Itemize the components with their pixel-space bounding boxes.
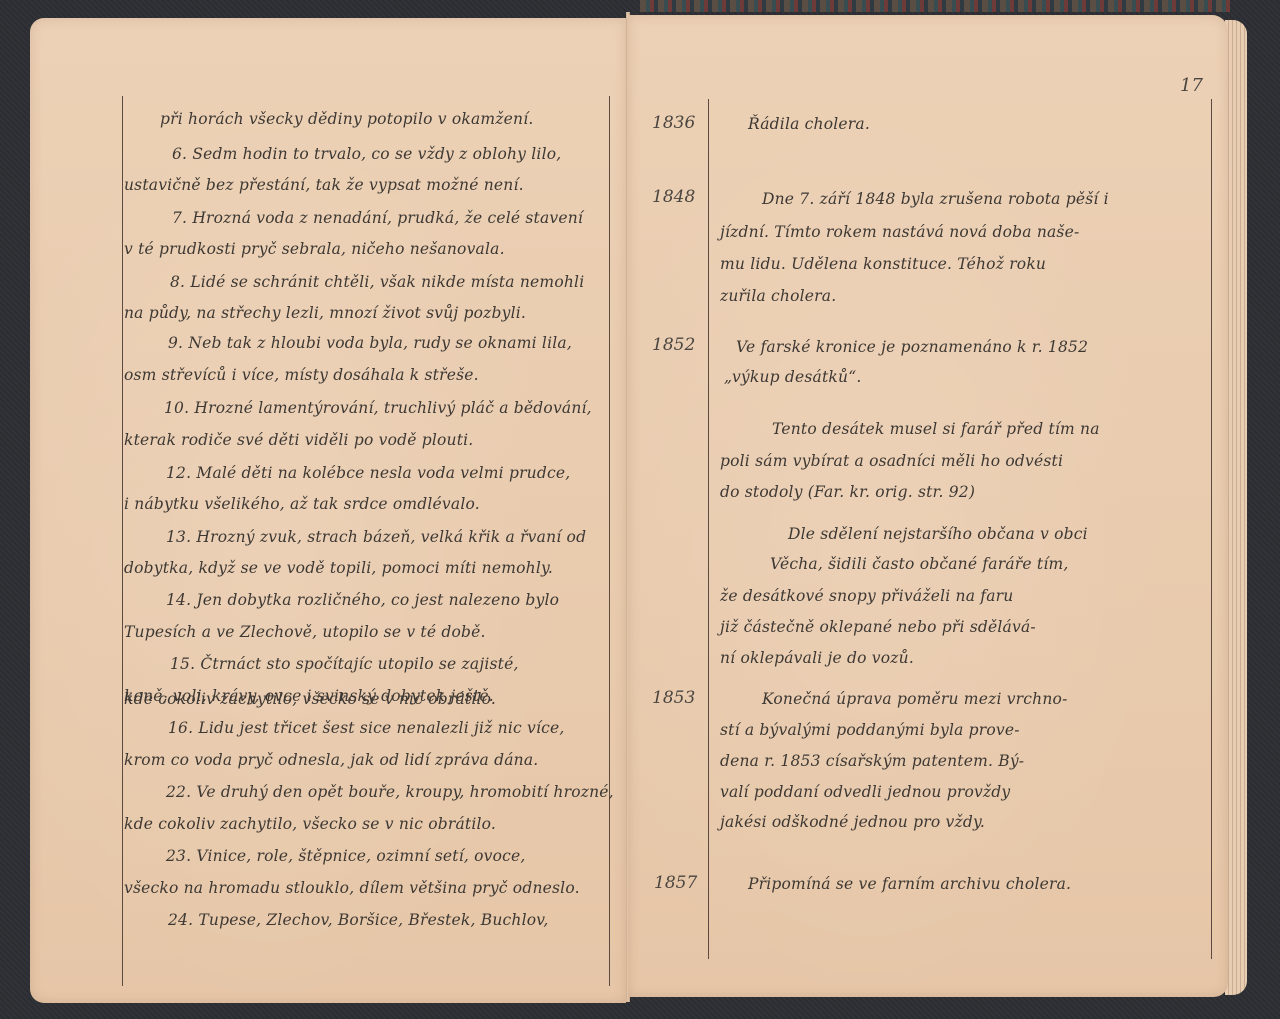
entry-year: 1848: [652, 187, 695, 207]
poem-line: 14. Jen dobytka rozličného, co jest nale…: [166, 591, 559, 609]
poem-line: kde cokoliv zachytilo, všecko se v nic o…: [124, 815, 496, 833]
right-margin-rule: [609, 96, 610, 986]
entry-line: že desátkové snopy přiváželi na faru: [720, 587, 1013, 605]
poem-line: 12. Malé děti na kolébce nesla voda velm…: [166, 464, 570, 482]
poem-line: 13. Hrozný zvuk, strach bázeň, velká kři…: [166, 528, 586, 546]
page-edge-marbling: [640, 0, 1230, 12]
left-margin-rule: [122, 96, 123, 986]
poem-line: 16. Lidu jest třicet šest sice nenalezli…: [168, 719, 565, 737]
entry-line: zuřila cholera.: [720, 287, 836, 305]
entry-line: Věcha, šidili často občané faráře tím,: [770, 555, 1069, 573]
poem-line: i nábytku všelikého, až tak srdce omdlév…: [124, 495, 480, 513]
entry-year: 1857: [654, 873, 697, 893]
poem-line: 10. Hrozné lamentýrování, truchlivý pláč…: [164, 399, 592, 417]
year-column-rule: [708, 99, 709, 959]
poem-line: 22. Ve druhý den opět bouře, kroupy, hro…: [166, 783, 614, 801]
poem-line: krom co voda pryč odnesla, jak od lidí z…: [124, 751, 538, 769]
poem-line: dobytka, když se ve vodě topili, pomoci …: [124, 559, 553, 577]
entry-line: mu lidu. Udělena konstituce. Téhož roku: [720, 255, 1046, 273]
poem-line: osm střevíců i více, místy dosáhala k st…: [124, 366, 479, 384]
poem-line: 7. Hrozná voda z nenadání, prudká, že ce…: [172, 209, 583, 227]
entry-year: 1852: [652, 335, 695, 355]
poem-line: 23. Vinice, role, štěpnice, ozimní setí,…: [166, 847, 526, 865]
poem-line: 9. Neb tak z hloubi voda byla, rudy se o…: [168, 334, 572, 352]
entry-line: Dne 7. září 1848 byla zrušena robota pěš…: [762, 190, 1109, 208]
entry-line: Ve farské kronice je poznamenáno k r. 18…: [736, 338, 1088, 356]
entry-line: stí a bývalými poddanými byla prove-: [720, 721, 1020, 739]
poem-line: Tupesích a ve Zlechově, utopilo se v té …: [124, 623, 486, 641]
entry-line: „výkup desátků“.: [724, 368, 861, 386]
entry-line: Tento desátek musel si farář před tím na: [772, 420, 1100, 438]
entry-line: ní oklepávali je do vozů.: [720, 649, 914, 667]
entry-line: Připomíná se ve farním archivu cholera.: [748, 875, 1071, 893]
entry-year: 1836: [652, 113, 695, 133]
poem-line: všecko na hromadu stlouklo, dílem většin…: [124, 879, 580, 897]
entry-line: Dle sdělení nejstaršího občana v obci: [788, 525, 1088, 543]
page-number: 17: [1180, 75, 1203, 96]
entry-line: jízdní. Tímto rokem nastává nová doba na…: [720, 223, 1079, 241]
right-page: 17 1836 Řádila cholera. 1848 Dne 7. září…: [628, 15, 1228, 997]
poem-line: 24. Tupese, Zlechov, Boršice, Břestek, B…: [168, 911, 549, 929]
poem-line: v té prudkosti pryč sebrala, ničeho neša…: [124, 240, 505, 258]
poem-line: při horách všecky dědiny potopilo v okam…: [160, 110, 534, 128]
entry-year: 1853: [652, 688, 695, 708]
left-page: při horách všecky dědiny potopilo v okam…: [30, 18, 626, 1003]
page-stack-edge: [1225, 20, 1247, 995]
entry-line: Řádila cholera.: [748, 115, 870, 133]
entry-line: poli sám vybírat a osadníci měli ho odvé…: [720, 452, 1063, 470]
poem-line: ustavičně bez přestání, tak že vypsat mo…: [124, 176, 524, 194]
entry-line: jakési odškodné jednou pro vždy.: [720, 813, 985, 831]
poem-line: 15. Čtrnáct sto spočítajíc utopilo se za…: [170, 655, 519, 673]
right-margin-rule: [1211, 99, 1212, 959]
poem-line: kde cokoliv zachytilo, všecko se v nic o…: [124, 690, 496, 708]
entry-line: do stodoly (Far. kr. orig. str. 92): [720, 483, 975, 501]
poem-line: 8. Lidé se schránit chtěli, však nikde m…: [170, 273, 584, 291]
entry-line: Konečná úprava poměru mezi vrchno-: [762, 690, 1068, 708]
poem-line: kterak rodiče své děti viděli po vodě pl…: [124, 431, 473, 449]
poem-line: 6. Sedm hodin to trvalo, co se vždy z ob…: [172, 145, 561, 163]
entry-line: dena r. 1853 císařským patentem. Bý-: [720, 752, 1024, 770]
poem-line: na půdy, na střechy lezli, mnozí život s…: [124, 304, 526, 322]
entry-line: valí poddaní odvedli jednou provždy: [720, 783, 1010, 801]
entry-line: již částečně oklepané nebo při sdělává-: [720, 618, 1036, 636]
